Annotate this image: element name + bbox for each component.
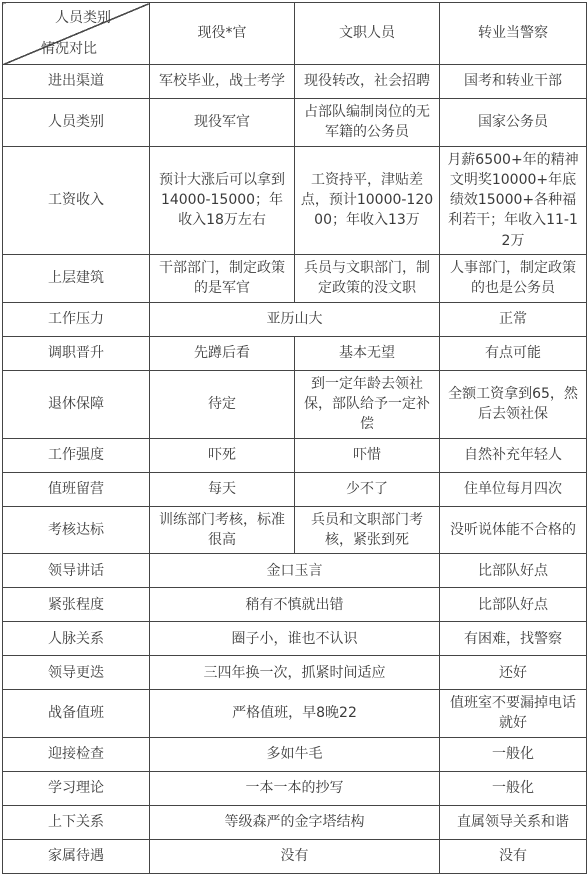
table-row: 上层建筑干部部门，制定政策的是军官兵员与文职部门，制定政策的没文职人事部门，制定… <box>3 255 587 303</box>
table-cell: 现役转改，社会招聘 <box>295 65 440 99</box>
table-cell: 直属领导关系和谐 <box>440 805 587 839</box>
table-cell: 没有 <box>150 839 440 873</box>
row-label: 值班留营 <box>3 472 150 506</box>
row-label: 工作压力 <box>3 302 150 336</box>
table-row: 领导更迭三四年换一次，抓紧时间适应还好 <box>3 656 587 690</box>
corner-header-cell: 人员类别 情况对比 <box>3 3 150 65</box>
table-row: 上下关系等级森严的金字塔结构直属领导关系和谐 <box>3 805 587 839</box>
row-label: 紧张程度 <box>3 588 150 622</box>
table-cell: 每天 <box>150 472 295 506</box>
table-cell: 先蹲后看 <box>150 336 295 370</box>
table-row: 紧张程度稍有不慎就出错比部队好点 <box>3 588 587 622</box>
table-body: 进出渠道军校毕业，战士考学现役转改，社会招聘国考和转业干部人员类别现役军官占部队… <box>3 65 587 874</box>
corner-bottom-label: 情况对比 <box>41 39 97 59</box>
row-label: 家属待遇 <box>3 839 150 873</box>
row-label: 人员类别 <box>3 99 150 147</box>
table-cell: 有困难，找警察 <box>440 622 587 656</box>
row-label: 迎接检查 <box>3 737 150 771</box>
corner-top-label: 人员类别 <box>55 8 111 28</box>
table-cell: 国家公务员 <box>440 99 587 147</box>
column-header-transfer-police: 转业当警察 <box>440 3 587 65</box>
table-cell: 比部队好点 <box>440 588 587 622</box>
table-cell: 待定 <box>150 370 295 438</box>
table-row: 学习理论一本一本的抄写一般化 <box>3 771 587 805</box>
table-cell: 没听说体能不合格的 <box>440 506 587 554</box>
table-cell: 正常 <box>440 302 587 336</box>
table-row: 工资收入预计大涨后可以拿到14000-15000；年收入18万左右工资持平，津贴… <box>3 146 587 254</box>
table-row: 战备值班严格值班，早8晚22值班室不要漏掉电话就好 <box>3 690 587 738</box>
row-label: 战备值班 <box>3 690 150 738</box>
row-label: 进出渠道 <box>3 65 150 99</box>
row-label: 领导更迭 <box>3 656 150 690</box>
row-label: 上下关系 <box>3 805 150 839</box>
table-cell: 月薪6500+年的精神文明奖10000+年底绩效15000+各种福利若干；年收入… <box>440 146 587 254</box>
table-row: 进出渠道军校毕业，战士考学现役转改，社会招聘国考和转业干部 <box>3 65 587 99</box>
row-label: 人脉关系 <box>3 622 150 656</box>
table-cell: 国考和转业干部 <box>440 65 587 99</box>
table-cell: 有点可能 <box>440 336 587 370</box>
table-row: 迎接检查多如牛毛一般化 <box>3 737 587 771</box>
table-row: 工作压力亚历山大正常 <box>3 302 587 336</box>
table-cell: 值班室不要漏掉电话就好 <box>440 690 587 738</box>
table-cell: 干部部门，制定政策的是军官 <box>150 255 295 303</box>
table-cell: 一本一本的抄写 <box>150 771 440 805</box>
table-cell: 圈子小，谁也不认识 <box>150 622 440 656</box>
row-label: 领导讲话 <box>3 554 150 588</box>
table-row: 领导讲话金口玉言比部队好点 <box>3 554 587 588</box>
table-cell: 稍有不慎就出错 <box>150 588 440 622</box>
row-label: 工资收入 <box>3 146 150 254</box>
table-cell: 吓惜 <box>295 438 440 472</box>
table-cell: 等级森严的金字塔结构 <box>150 805 440 839</box>
table-cell: 比部队好点 <box>440 554 587 588</box>
row-label: 学习理论 <box>3 771 150 805</box>
row-label: 退休保障 <box>3 370 150 438</box>
table-cell: 兵员和文职部门考核，紧张到死 <box>295 506 440 554</box>
table-row: 调职晋升先蹲后看基本无望有点可能 <box>3 336 587 370</box>
personnel-comparison-table: 人员类别 情况对比 现役*官 文职人员 转业当警察 进出渠道军校毕业，战士考学现… <box>2 2 587 874</box>
table-row: 家属待遇没有没有 <box>3 839 587 873</box>
table-cell: 吓死 <box>150 438 295 472</box>
table-cell: 人事部门，制定政策的也是公务员 <box>440 255 587 303</box>
row-label: 工作强度 <box>3 438 150 472</box>
table-cell: 还好 <box>440 656 587 690</box>
table-row: 人脉关系圈子小，谁也不认识有困难，找警察 <box>3 622 587 656</box>
table-cell: 军校毕业，战士考学 <box>150 65 295 99</box>
table-cell: 训练部门考核，标准很高 <box>150 506 295 554</box>
table-cell: 严格值班，早8晚22 <box>150 690 440 738</box>
table-cell: 自然补充年轻人 <box>440 438 587 472</box>
table-cell: 一般化 <box>440 771 587 805</box>
table-header: 人员类别 情况对比 现役*官 文职人员 转业当警察 <box>3 3 587 65</box>
row-label: 调职晋升 <box>3 336 150 370</box>
table-cell: 占部队编制岗位的无军籍的公务员 <box>295 99 440 147</box>
table-cell: 全额工资拿到65，然后去领社保 <box>440 370 587 438</box>
table-cell: 三四年换一次，抓紧时间适应 <box>150 656 440 690</box>
table-cell: 没有 <box>440 839 587 873</box>
table-cell: 预计大涨后可以拿到14000-15000；年收入18万左右 <box>150 146 295 254</box>
table-cell: 现役军官 <box>150 99 295 147</box>
table-row: 人员类别现役军官占部队编制岗位的无军籍的公务员国家公务员 <box>3 99 587 147</box>
table-cell: 工资持平，津贴差点，预计10000-12000；年收入13万 <box>295 146 440 254</box>
table-cell: 兵员与文职部门，制定政策的没文职 <box>295 255 440 303</box>
row-label: 上层建筑 <box>3 255 150 303</box>
table-row: 值班留营每天少不了住单位每月四次 <box>3 472 587 506</box>
table-cell: 一般化 <box>440 737 587 771</box>
table-cell: 到一定年龄去领社保，部队给予一定补偿 <box>295 370 440 438</box>
header-row: 人员类别 情况对比 现役*官 文职人员 转业当警察 <box>3 3 587 65</box>
column-header-active-officer: 现役*官 <box>150 3 295 65</box>
table-cell: 少不了 <box>295 472 440 506</box>
table-cell: 多如牛毛 <box>150 737 440 771</box>
table-cell: 亚历山大 <box>150 302 440 336</box>
table-cell: 基本无望 <box>295 336 440 370</box>
column-header-civilian-staff: 文职人员 <box>295 3 440 65</box>
table-row: 工作强度吓死吓惜自然补充年轻人 <box>3 438 587 472</box>
table-row: 考核达标训练部门考核，标准很高兵员和文职部门考核，紧张到死没听说体能不合格的 <box>3 506 587 554</box>
row-label: 考核达标 <box>3 506 150 554</box>
table-cell: 住单位每月四次 <box>440 472 587 506</box>
table-cell: 金口玉言 <box>150 554 440 588</box>
personnel-comparison-page: 人员类别 情况对比 现役*官 文职人员 转业当警察 进出渠道军校毕业，战士考学现… <box>0 0 587 831</box>
table-row: 退休保障待定到一定年龄去领社保，部队给予一定补偿全额工资拿到65，然后去领社保 <box>3 370 587 438</box>
